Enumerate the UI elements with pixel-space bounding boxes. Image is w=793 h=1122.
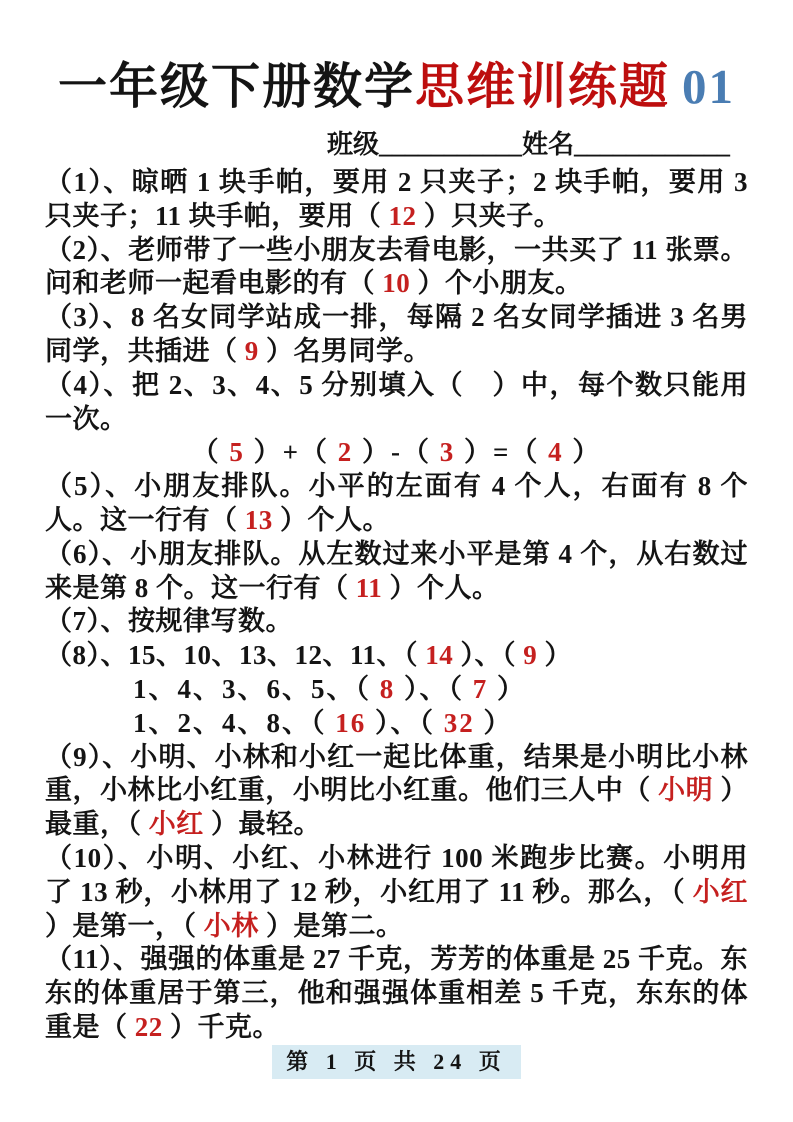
page-number-badge: 第 1 页 共 24 页: [272, 1045, 521, 1079]
question-text: ）千克。: [163, 1012, 280, 1042]
question-text: ）: [475, 708, 513, 738]
question-text: ）+（: [245, 437, 338, 467]
class-blank-line: ___________: [379, 130, 522, 159]
answer-text: 9: [245, 336, 259, 366]
question-text: （10）、小明、小红、小林进行 100 米跑步比赛。小明用了 13 秒，小林用了…: [45, 843, 748, 907]
answer-text: 12: [389, 201, 417, 231]
question-3: （3）、8 名女同学站成一排，每隔 2 名女同学插进 3 名男同学，共插进（ 9…: [45, 301, 748, 369]
name-blank-line: ____________: [574, 130, 730, 159]
question-text: （: [192, 437, 230, 467]
answer-text: 14: [425, 640, 453, 670]
question-text: ）是第一，（: [45, 911, 204, 941]
answer-text: 小林: [204, 911, 259, 941]
class-label: 班级: [327, 130, 379, 159]
title-highlight-text: 思维训练题: [415, 59, 670, 114]
answer-text: 小红: [149, 809, 204, 839]
question-10: （10）、小明、小红、小林进行 100 米跑步比赛。小明用了 13 秒，小林用了…: [45, 842, 748, 943]
answer-text: 7: [473, 674, 489, 704]
page-title: 一年级下册数学思维训练题01: [45, 56, 748, 118]
answer-text: 10: [382, 268, 410, 298]
answer-text: 32: [444, 708, 475, 738]
question-text: （8）、15、10、13、12、11、（: [45, 640, 425, 670]
question-text: ）名男同学。: [259, 336, 431, 366]
answer-text: 22: [135, 1012, 163, 1042]
question-text: ）个人。: [382, 573, 499, 603]
question-text: （7）、按规律写数。: [45, 606, 293, 636]
question-7: （7）、按规律写数。: [45, 605, 748, 639]
question-text: ）只夹子。: [417, 201, 562, 231]
answer-text: 2: [338, 437, 354, 467]
question-text: ）最轻。: [204, 809, 321, 839]
question-text: ）个小朋友。: [410, 268, 582, 298]
question-6: （6）、小朋友排队。从左数过来小平是第 4 个，从右数过来是第 8 个。这一行有…: [45, 538, 748, 606]
question-text: ）、（: [453, 640, 523, 670]
question-text: 1、4、3、6、5、（: [133, 674, 380, 704]
question-text: （4）、把 2、3、4、5 分别填入（ ）中，每个数只能用一次。: [45, 370, 748, 434]
answer-text: 3: [440, 437, 456, 467]
answer-text: 13: [245, 505, 273, 535]
page-footer: 第 1 页 共 24 页: [45, 1045, 748, 1079]
question-8-line-2: 1、4、3、6、5、（ 8 ）、（ 7 ）: [133, 673, 748, 707]
questions-list: （1）、晾晒 1 块手帕，要用 2 只夹子；2 块手帕，要用 3 只夹子；11 …: [45, 166, 748, 1045]
question-5: （5）、小朋友排队。小平的左面有 4 个人，右面有 8 个人。这一行有（ 13 …: [45, 470, 748, 538]
question-8-line-3: 1、2、4、8、（ 16 ）、（ 32 ）: [133, 707, 748, 741]
question-text: ）: [488, 674, 526, 704]
question-text: ）个人。: [273, 505, 390, 535]
question-text: ）: [564, 437, 602, 467]
answer-text: 9: [523, 640, 537, 670]
worksheet-page: 一年级下册数学思维训练题01 班级___________姓名__________…: [0, 0, 793, 1122]
question-2: （2）、老师带了一些小朋友去看电影，一共买了 11 张票。问和老师一起看电影的有…: [45, 234, 748, 302]
answer-text: 5: [229, 437, 245, 467]
question-text: ）、（: [366, 708, 444, 738]
question-text: ）-（: [353, 437, 440, 467]
answer-text: 8: [380, 674, 396, 704]
question-4-equation: （ 5 ）+（ 2 ）-（ 3 ）=（ 4 ）: [45, 436, 748, 470]
title-subject-text: 一年级下册数学: [58, 59, 415, 114]
answer-text: 11: [356, 573, 383, 603]
title-number: 01: [682, 59, 735, 114]
name-label: 姓名: [522, 130, 574, 159]
answer-text: 16: [335, 708, 366, 738]
answer-text: 4: [548, 437, 564, 467]
question-text: ）、（: [395, 674, 473, 704]
question-1: （1）、晾晒 1 块手帕，要用 2 只夹子；2 块手帕，要用 3 只夹子；11 …: [45, 166, 748, 234]
answer-text: 小明: [658, 775, 713, 805]
question-11: （11）、强强的体重是 27 千克，芳芳的体重是 25 千克。东东的体重居于第三…: [45, 943, 748, 1044]
question-8-line-1: （8）、15、10、13、12、11、（ 14 ）、（ 9 ）: [45, 639, 748, 673]
question-text: ）=（: [455, 437, 548, 467]
question-text: （9）、小明、小林和小红一起比体重，结果是小明比小林重，小林比小红重，小明比小红…: [45, 742, 748, 806]
question-4: （4）、把 2、3、4、5 分别填入（ ）中，每个数只能用一次。: [45, 369, 748, 437]
question-text: （5）、小朋友排队。小平的左面有 4 个人，右面有 8 个人。这一行有（: [45, 471, 748, 535]
question-text: ）: [537, 640, 572, 670]
question-text: 1、2、4、8、（: [133, 708, 335, 738]
answer-text: 小红: [693, 877, 748, 907]
question-text: ）是第二。: [259, 911, 404, 941]
question-9: （9）、小明、小林和小红一起比体重，结果是小明比小林重，小林比小红重，小明比小红…: [45, 741, 748, 842]
class-name-line: 班级___________姓名____________: [45, 128, 748, 162]
